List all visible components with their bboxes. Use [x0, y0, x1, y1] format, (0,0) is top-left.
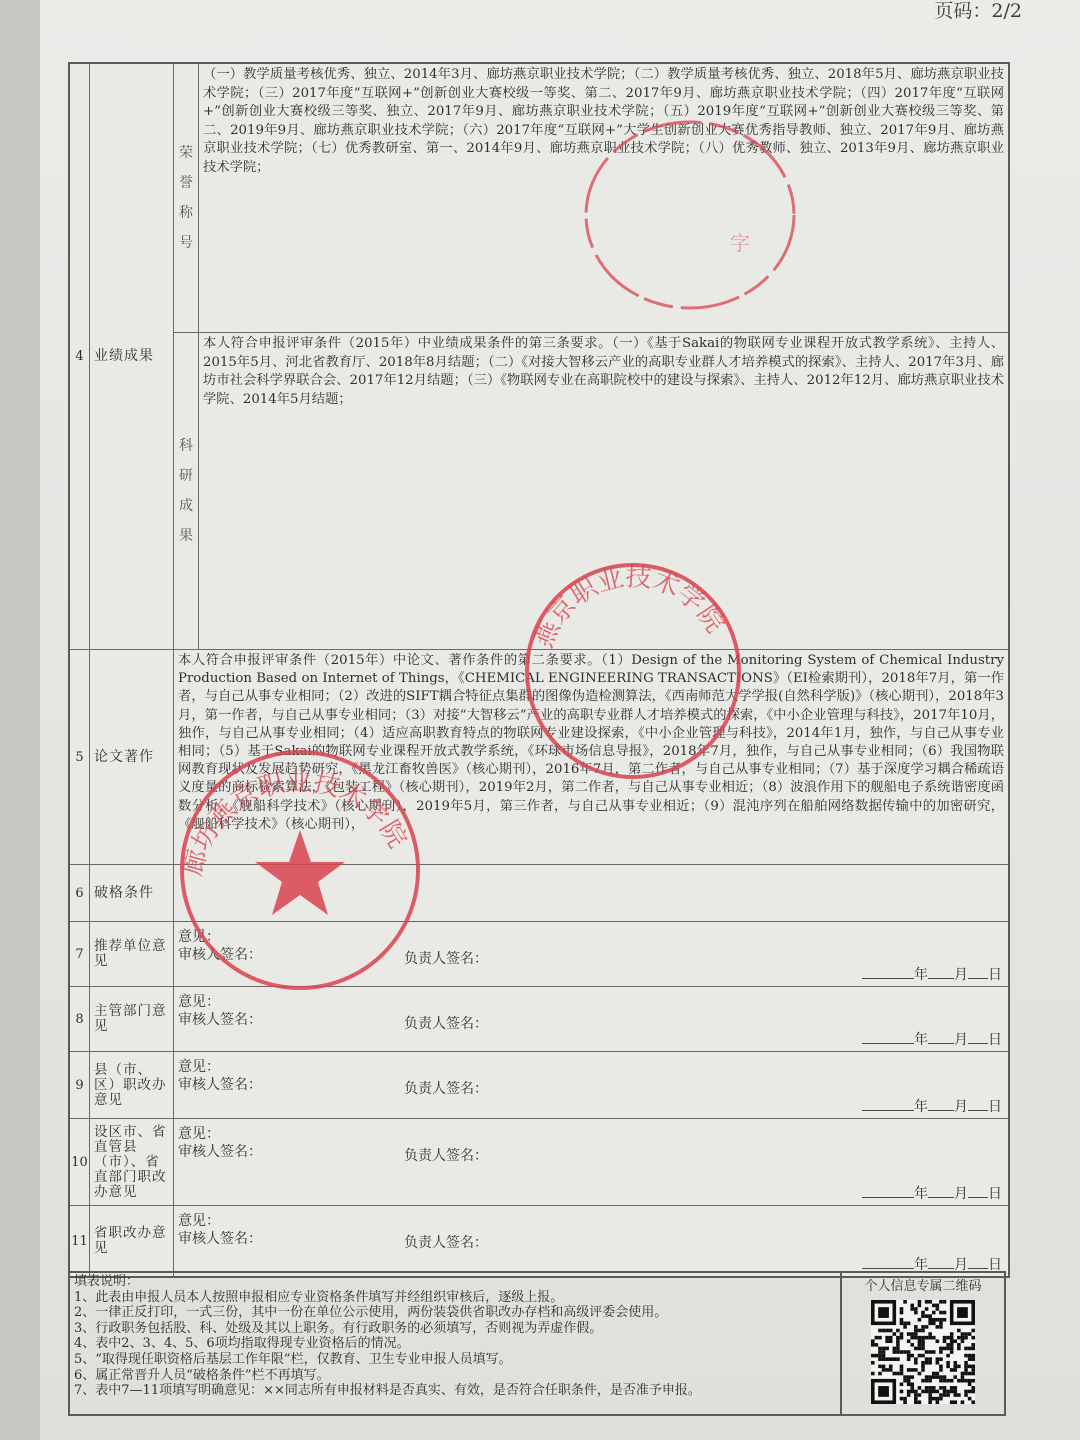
row-label: 设区市、省直管县（市）、省直部门职改办意见 — [90, 1119, 174, 1205]
instructions-list: 1、此表由申报人员本人按照申报相应专业资格条件填写并经组织审核后，逐级上报。2、… — [74, 1290, 836, 1399]
qr-code-box: 个人信息专属二维码 — [840, 1271, 1006, 1416]
instructions-title: 填表说明： — [74, 1274, 836, 1290]
publications-text: 本人符合申报评审条件（2015年）中论文、著作条件的第二条要求。（1）Desig… — [174, 650, 1008, 864]
exceptional-field[interactable] — [174, 865, 1008, 921]
row-publications: 5 论文著作 本人符合申报评审条件（2015年）中论文、著作条件的第二条要求。（… — [70, 650, 1008, 865]
opinion-field[interactable]: 意见：审核人签名：负责人签名：年月日 — [174, 1206, 1008, 1276]
leader-signature[interactable]: 负责人签名： — [404, 1145, 488, 1165]
row-label: 县（市、区）职改办意见 — [90, 1052, 174, 1118]
honors-subrow: 荣誉称号 （一）教学质量考核优秀、独立、2014年3月、廊坊燕京职业技术学院；（… — [174, 64, 1008, 332]
reviewer-signature[interactable]: 审核人签名： — [178, 1074, 262, 1094]
opinion-label: 意见： — [178, 1056, 220, 1076]
reviewer-signature[interactable]: 审核人签名： — [178, 1228, 262, 1248]
row-exceptional: 6 破格条件 — [70, 865, 1008, 922]
reviewer-signature[interactable]: 审核人签名： — [178, 1009, 262, 1029]
opinion-label: 意见： — [178, 1210, 220, 1230]
opinion-field[interactable]: 意见：审核人签名：负责人签名：年月日 — [174, 1052, 1008, 1118]
opinion-label: 意见： — [178, 1123, 220, 1143]
row-opinion-8: 8主管部门意见意见：审核人签名：负责人签名：年月日 — [70, 987, 1008, 1052]
row-opinion-9: 9县（市、区）职改办意见意见：审核人签名：负责人签名：年月日 — [70, 1052, 1008, 1119]
research-subrow: 科研成果 本人符合申报评审条件（2015年）中业绩成果条件的第三条要求。（一）《… — [174, 332, 1008, 649]
opinion-field[interactable]: 意见：审核人签名：负责人签名：年月日 — [174, 922, 1008, 986]
qr-code-icon[interactable] — [871, 1300, 975, 1404]
instruction-item: 1、此表由申报人员本人按照申报相应专业资格条件填写并经组织审核后，逐级上报。 — [74, 1290, 836, 1306]
row-number: 10 — [70, 1119, 90, 1205]
row-label: 主管部门意见 — [90, 987, 174, 1051]
row-number: 7 — [70, 922, 90, 986]
row-number: 11 — [70, 1206, 90, 1276]
row-opinion-11: 11省职改办意见意见：审核人签名：负责人签名：年月日 — [70, 1206, 1008, 1276]
research-text: 本人符合申报评审条件（2015年）中业绩成果条件的第三条要求。（一）《基于Sak… — [199, 333, 1008, 649]
honors-text: （一）教学质量考核优秀、独立、2014年3月、廊坊燕京职业技术学院；（二）教学质… — [199, 64, 1008, 332]
leader-signature[interactable]: 负责人签名： — [404, 1232, 488, 1252]
leader-signature[interactable]: 负责人签名： — [404, 948, 488, 968]
instruction-item: 4、表中2、3、4、5、6项均指取得现专业资格后的情况。 — [74, 1336, 836, 1352]
row-opinion-10: 10设区市、省直管县（市）、省直部门职改办意见意见：审核人签名：负责人签名：年月… — [70, 1119, 1008, 1206]
opinion-label: 意见： — [178, 991, 220, 1011]
date-field[interactable]: 年月日 — [862, 1029, 1002, 1049]
honors-label: 荣誉称号 — [174, 64, 199, 332]
qr-title: 个人信息专属二维码 — [842, 1275, 1004, 1294]
application-form-table: 4 业绩成果 荣誉称号 （一）教学质量考核优秀、独立、2014年3月、廊坊燕京职… — [68, 62, 1010, 1278]
leader-signature[interactable]: 负责人签名： — [404, 1078, 488, 1098]
opinion-rows: 7推荐单位意见意见：审核人签名：负责人签名：年月日8主管部门意见意见：审核人签名… — [70, 922, 1008, 1276]
date-field[interactable]: 年月日 — [862, 1096, 1002, 1116]
page-number: 页码：2/2 — [934, 0, 1022, 23]
instruction-item: 2、一律正反打印，一式三份，其中一份在单位公示使用，两份装袋供省职改办存档和高级… — [74, 1305, 836, 1321]
instruction-item: 5、“取得现任职资格后基层工作年限”栏，仅教育、卫生专业申报人员填写。 — [74, 1352, 836, 1368]
instruction-item: 6、属正常晋升人员“破格条件”栏不再填写。 — [74, 1368, 836, 1384]
opinion-label: 意见： — [178, 926, 220, 946]
opinion-field[interactable]: 意见：审核人签名：负责人签名：年月日 — [174, 1119, 1008, 1205]
achievements-subtable: 荣誉称号 （一）教学质量考核优秀、独立、2014年3月、廊坊燕京职业技术学院；（… — [174, 64, 1008, 649]
instruction-item: 7、表中7—11项填写明确意见：××同志所有申报材料是否真实、有效，是否符合任职… — [74, 1383, 836, 1399]
reviewer-signature[interactable]: 审核人签名： — [178, 1141, 262, 1161]
date-field[interactable]: 年月日 — [862, 1183, 1002, 1203]
row-label: 推荐单位意见 — [90, 922, 174, 986]
research-label: 科研成果 — [174, 333, 199, 649]
row-label: 业绩成果 — [90, 64, 174, 649]
row-number: 8 — [70, 987, 90, 1051]
row-number: 5 — [70, 650, 90, 864]
row-number: 4 — [70, 64, 90, 649]
row-label: 破格条件 — [90, 865, 174, 921]
instructions-box: 填表说明： 1、此表由申报人员本人按照申报相应专业资格条件填写并经组织审核后，逐… — [68, 1271, 840, 1416]
row-label: 省职改办意见 — [90, 1206, 174, 1276]
row-number: 9 — [70, 1052, 90, 1118]
row-number: 6 — [70, 865, 90, 921]
document-page: 页码：2/2 4 业绩成果 荣誉称号 （一）教学质量考核优秀、独立、2014年3… — [40, 0, 1080, 1440]
row-opinion-7: 7推荐单位意见意见：审核人签名：负责人签名：年月日 — [70, 922, 1008, 987]
reviewer-signature[interactable]: 审核人签名： — [178, 944, 262, 964]
instruction-item: 3、行政职务包括股、科、处级及其以上职务。有行政职务的必须填写，否则视为弄虚作假… — [74, 1321, 836, 1337]
row-achievements: 4 业绩成果 荣誉称号 （一）教学质量考核优秀、独立、2014年3月、廊坊燕京职… — [70, 64, 1008, 650]
leader-signature[interactable]: 负责人签名： — [404, 1013, 488, 1033]
row-label: 论文著作 — [90, 650, 174, 864]
date-field[interactable]: 年月日 — [862, 964, 1002, 984]
opinion-field[interactable]: 意见：审核人签名：负责人签名：年月日 — [174, 987, 1008, 1051]
